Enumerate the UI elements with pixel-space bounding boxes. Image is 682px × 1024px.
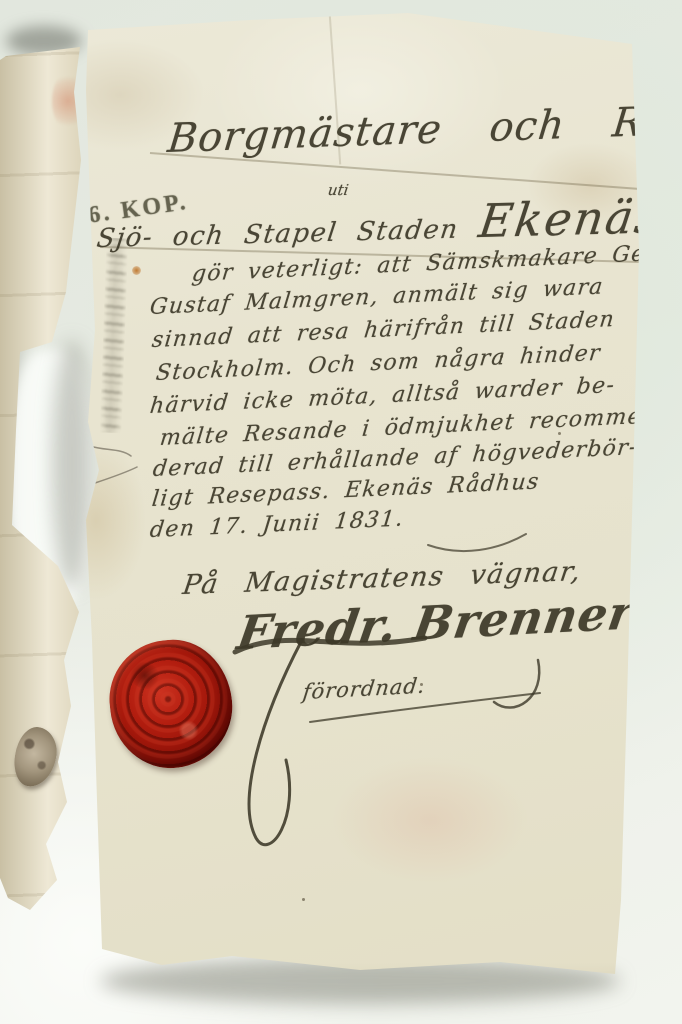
heading-borgmastare-och-rad: Borgmästare och Råd	[166, 97, 682, 162]
heading-city-name: Ekenäs,	[476, 189, 681, 248]
photo-of-historical-document: 6. KOP. Borgmästare och Råd uti Sjö- och…	[0, 0, 682, 1024]
handwritten-date-line: den 17. Junii 1831.	[149, 506, 406, 543]
signature-end-curl	[494, 660, 539, 708]
paper-speck	[302, 898, 305, 901]
signature-descender-loop	[249, 640, 302, 845]
heading-city-prefix: Sjö- och Stapel Staden	[95, 215, 461, 255]
ink-stain	[132, 266, 141, 275]
red-wax-seal	[104, 634, 239, 774]
date-flourish	[428, 534, 526, 551]
marginal-ink-smudge	[100, 238, 129, 434]
paper-stain	[52, 72, 84, 130]
paper-cast-shadow	[52, 340, 92, 590]
wax-remnant	[11, 724, 61, 790]
heading-uti: uti	[327, 181, 350, 199]
document-sheet: 6. KOP. Borgmästare och Råd uti Sjö- och…	[0, 0, 682, 1024]
tear-crack	[90, 446, 137, 483]
signature-title: förordnad.	[302, 673, 428, 704]
